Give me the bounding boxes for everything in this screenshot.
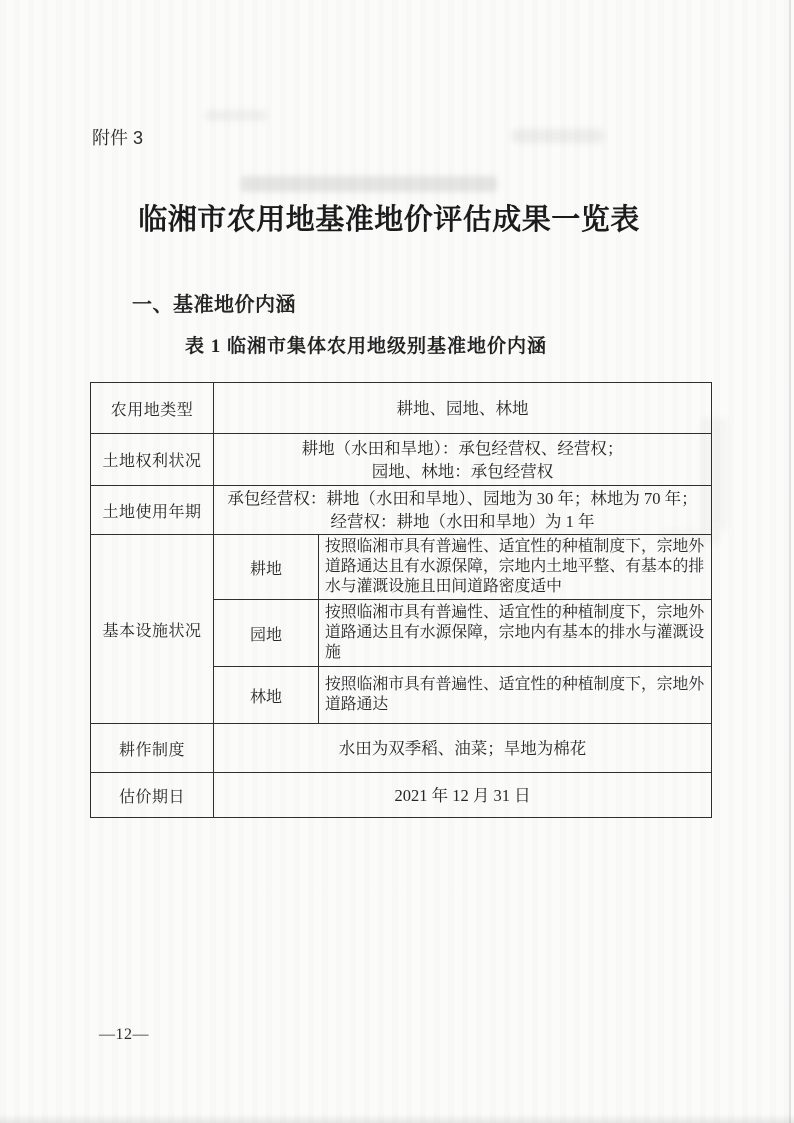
sub-row-type-garden-land: 园地: [214, 600, 319, 667]
sub-row-type-forest-land: 林地: [214, 667, 319, 724]
attachment-label: 附件 3: [92, 124, 143, 150]
row-value-land-rights-status: 耕地（水田和旱地）：承包经营权、经营权； 园地、林地：承包经营权: [214, 434, 712, 486]
row-value-land-use-type: 耕地、园地、林地: [214, 383, 712, 434]
row-label-land-rights-status: 土地权利状况: [91, 434, 214, 486]
table-row: 土地使用年期 承包经营权：耕地（水田和旱地）、园地为 30 年；林地为 70 年…: [91, 486, 712, 535]
row-value-valuation-date: 2021 年 12 月 31 日: [214, 773, 712, 818]
bleed-through-artifact: [512, 129, 604, 143]
row-label-land-use-term: 土地使用年期: [91, 486, 214, 535]
row-label-valuation-date: 估价期日: [91, 773, 214, 818]
document-page: 附件 3 临湘市农用地基准地价评估成果一览表 一、基准地价内涵 表 1 临湘市集…: [0, 0, 794, 1123]
sub-row-desc-forest-land: 按照临湘市具有普遍性、适宜性的种植制度下，宗地外 道路通达: [319, 667, 712, 724]
bleed-through-artifact: [205, 110, 267, 121]
section-heading: 一、基准地价内涵: [132, 288, 296, 317]
row-value-farming-system: 水田为双季稻、油菜；旱地为棉花: [214, 724, 712, 773]
sub-row-type-cultivated-land: 耕地: [214, 535, 319, 600]
page-number: —12—: [99, 1026, 149, 1044]
row-label-basic-facilities: 基本设施状况: [91, 535, 214, 724]
scan-edge-right: [789, 0, 791, 1123]
document-title: 临湘市农用地基准地价评估成果一览表: [0, 197, 778, 238]
table-row: 农用地类型 耕地、园地、林地: [91, 383, 712, 434]
sub-row-desc-garden-land: 按照临湘市具有普遍性、适宜性的种植制度下，宗地外 道路通达且有水源保障，宗地内有…: [319, 600, 712, 667]
table-row: 耕作制度 水田为双季稻、油菜；旱地为棉花: [91, 724, 712, 773]
table-row: 估价期日 2021 年 12 月 31 日: [91, 773, 712, 818]
row-label-farming-system: 耕作制度: [91, 724, 214, 773]
row-label-land-use-type: 农用地类型: [91, 383, 214, 434]
scan-edge-bottom: [0, 1114, 794, 1123]
sub-row-desc-cultivated-land: 按照临湘市具有普遍性、适宜性的种植制度下，宗地外 道路通达且有水源保障，宗地内土…: [319, 535, 712, 600]
table-row: 基本设施状况 耕地 按照临湘市具有普遍性、适宜性的种植制度下，宗地外 道路通达且…: [91, 535, 712, 600]
row-value-land-use-term: 承包经营权：耕地（水田和旱地）、园地为 30 年；林地为 70 年； 经营权：耕…: [214, 486, 712, 535]
table-row: 土地权利状况 耕地（水田和旱地）：承包经营权、经营权； 园地、林地：承包经营权: [91, 434, 712, 486]
benchmark-land-price-table: 农用地类型 耕地、园地、林地 土地权利状况 耕地（水田和旱地）：承包经营权、经营…: [90, 382, 712, 818]
bleed-through-artifact: [241, 176, 497, 192]
table-caption: 表 1 临湘市集体农用地级别基准地价内涵: [0, 331, 732, 358]
